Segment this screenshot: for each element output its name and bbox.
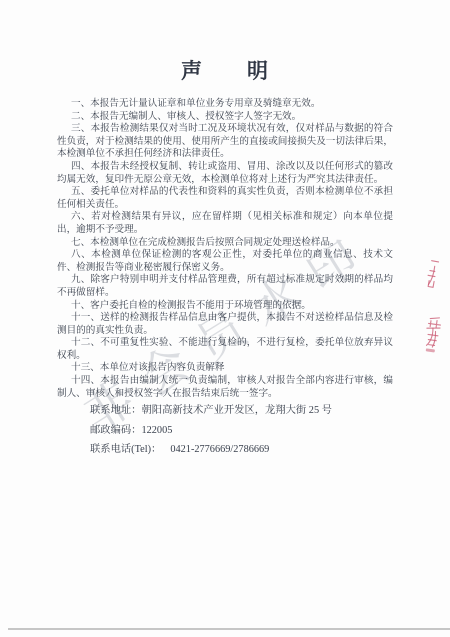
statement-item-13: 十三、本单位对该报告内容负责解释 <box>57 362 393 375</box>
contact-address-value: 朝阳高新技术产业开发区，龙翔大街 25 号 <box>141 405 332 416</box>
statement-item-12: 十二、不可重复性实验、不能进行复检的，不进行复检，委托单位放弃异议权利。 <box>57 337 393 362</box>
statement-item-1: 一、本报告无计量认证章和单位业务专用章及骑缝章无效。 <box>57 98 393 111</box>
statement-body: 一、本报告无计量认证章和单位业务专用章及骑缝章无效。 二、本报告无编制人、审核人… <box>57 98 393 400</box>
contact-address-line: 联系地址：朝阳高新技术产业开发区，龙翔大街 25 号 <box>90 404 410 417</box>
contact-address-label: 联系地址： <box>90 405 141 416</box>
contact-phone-value: 0421-2776669/2786669 <box>170 444 269 455</box>
statement-item-8: 八、本检测单位保证检测的客观公正性，对委托单位的商业信息、技术文件、检测报告等商… <box>57 249 393 274</box>
contact-phone-line: 联系电话(Tel)：0421-2776669/2786669 <box>90 443 410 456</box>
contact-phone-label: 联系电话(Tel)： <box>90 444 161 455</box>
statement-item-10: 十、客户委托自检的检测报告不能用于环境管理的依据。 <box>57 300 393 313</box>
red-seal-fragment-icon <box>418 314 445 357</box>
red-seal-fragment-icon <box>421 257 443 295</box>
contact-postcode-label: 邮政编码： <box>90 425 141 436</box>
contact-postcode-line: 邮政编码：122005 <box>90 424 410 437</box>
statement-item-3: 三、本报告检测结果仅对当时工况及环境状况有效，仅对样品与数据的符合性负责，对于检… <box>57 123 393 161</box>
document-page: 非会员水印 声 明 一、本报告无计量认证章和单位业务专用章及骑缝章无效。 二、本… <box>0 0 450 637</box>
statement-item-4: 四、本报告未经授权复制、转让或盗用、冒用、涂改以及以任何形式的篡改均属无效，复印… <box>57 161 393 186</box>
statement-item-6: 六、若对检测结果有异议，应在留样期（见相关标准和规定）向本单位提出，逾期不予受理… <box>57 211 393 236</box>
contact-block: 联系地址：朝阳高新技术产业开发区，龙翔大街 25 号 邮政编码：122005 联… <box>90 404 410 463</box>
statement-item-5: 五、委托单位对样品的代表性和资料的真实性负责，否则本检测单位不承担任何相关责任。 <box>57 186 393 211</box>
statement-item-14: 十四、本报告由编制人统一负责编制，审核人对报告全部内容进行审核，编制人、审核人和… <box>57 375 393 400</box>
contact-postcode-value: 122005 <box>141 425 172 436</box>
statement-item-11: 十一、送样的检测报告样品信息由客户提供，本报告不对送检样品信息及检测目的的真实性… <box>57 312 393 337</box>
statement-item-2: 二、本报告无编制人、审核人、授权签字人签字无效。 <box>57 111 393 124</box>
page-title: 声 明 <box>0 55 450 85</box>
scan-edge-line <box>8 628 450 630</box>
statement-item-9: 九、除客户特别申明并支付样品管理费，所有超过标准规定时效期的样品均不再做留样。 <box>57 274 393 299</box>
statement-item-7: 七、本检测单位在完成检测报告后按照合同规定处理送检样品。 <box>57 237 393 250</box>
